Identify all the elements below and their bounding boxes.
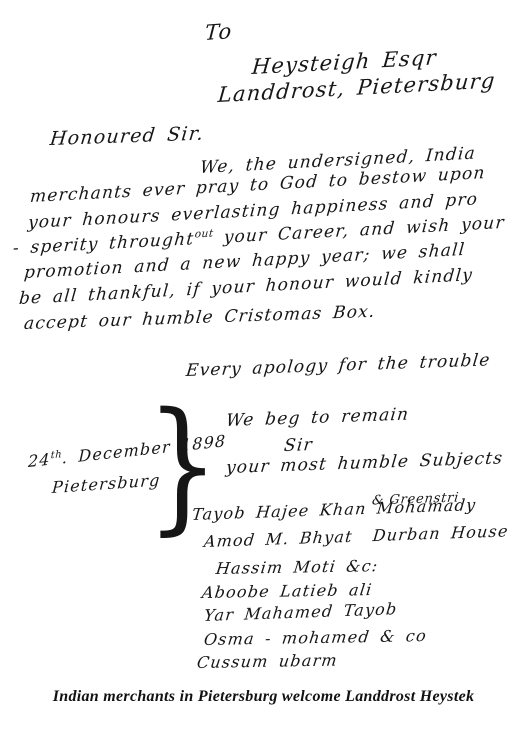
signature-4-name: Aboobe Latieb ali — [201, 580, 374, 602]
body-line-7: accept our humble Cristomas Box. — [23, 303, 376, 334]
salutation-to: To — [204, 20, 233, 45]
date-day: 24 — [28, 450, 51, 472]
signature-7-name: Cussum ubarm — [196, 651, 339, 673]
signature-6-name: Osma - mohamed & co — [203, 626, 428, 649]
signature-row: Yar Mahamed Tayob — [203, 600, 398, 624]
apology-line: Every apology for the trouble — [185, 351, 491, 380]
signature-1-name: Tayob Hajee Khan Mohamady — [191, 495, 477, 524]
letter-page: To Heysteigh Esqr Landdrost, Pietersburg… — [0, 0, 527, 737]
signature-2-annotation: Durban House — [372, 521, 510, 545]
signature-row: Osma - mohamed & co — [203, 627, 428, 649]
signature-row: Aboobe Latieb ali — [201, 581, 374, 602]
closing-line-1: We beg to remain — [225, 406, 410, 431]
signature-5-name: Yar Mahamed Tayob — [203, 599, 399, 625]
body-line-4-prefix: - sperity throught — [12, 229, 195, 259]
closing-line-3: your most humble Subjects — [225, 449, 504, 477]
closing-line-2: Sir — [283, 436, 314, 456]
signature-row: Cussum ubarm — [196, 652, 339, 672]
image-caption: Indian merchants in Pietersburg welcome … — [0, 688, 527, 706]
body-line-4-superscript: out — [194, 227, 214, 240]
signature-row: Amod M. BhyatDurban House — [203, 522, 510, 550]
place-line: Pietersburg — [51, 471, 161, 496]
date-ordinal: th — [51, 449, 63, 461]
signature-2-name: Amod M. Bhyat — [203, 527, 354, 551]
signature-row: Hassim Moti &c: — [215, 557, 380, 577]
greeting: Honoured Sir. — [49, 124, 205, 150]
signature-3-name: Hassim Moti &c: — [215, 556, 380, 578]
signature-row: Tayob Hajee Khan Mohamady — [191, 496, 477, 524]
